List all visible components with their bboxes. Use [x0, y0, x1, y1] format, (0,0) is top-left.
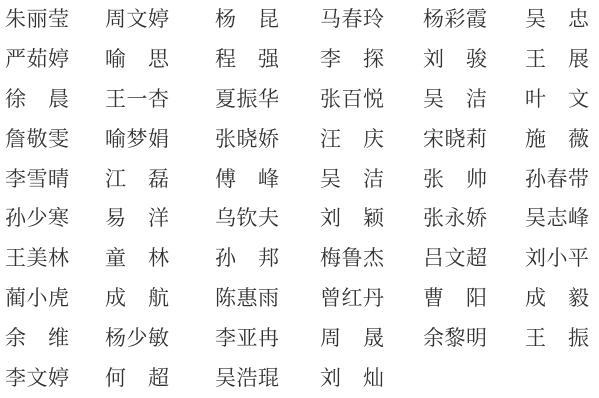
- name-cell: 王 展: [525, 49, 599, 70]
- name-cell: 余 维: [5, 328, 105, 349]
- name-cell: 朱丽莹: [5, 9, 105, 30]
- name-cell: 张晓娇: [215, 129, 320, 150]
- name-cell: 杨彩霞: [423, 9, 525, 30]
- name-cell: 蔺小虎: [5, 288, 105, 309]
- name-roster: 朱丽莹周文婷杨 昆马春玲杨彩霞吴 忠严茹婷喻 思程 强李 探刘 骏王 展徐 晨王…: [0, 0, 599, 398]
- name-cell: 成 毅: [525, 288, 599, 309]
- name-cell: 吴志峰: [525, 208, 599, 229]
- name-cell: 张 帅: [423, 169, 525, 190]
- name-cell: 王 振: [525, 328, 599, 349]
- name-cell: 李 探: [320, 49, 423, 70]
- name-cell: 何 超: [105, 368, 215, 389]
- name-cell: 易 洋: [105, 208, 215, 229]
- name-cell: 傅 峰: [215, 169, 320, 190]
- name-cell: 曾红丹: [320, 288, 423, 309]
- name-cell: 李文婷: [5, 368, 105, 389]
- name-cell: 周 晟: [320, 328, 423, 349]
- name-cell: 吴 洁: [320, 169, 423, 190]
- name-cell: 刘 灿: [320, 368, 423, 389]
- name-cell: 江 磊: [105, 169, 215, 190]
- name-cell: 吴 忠: [525, 9, 599, 30]
- name-cell: 夏振华: [215, 89, 320, 110]
- name-cell: 刘 颖: [320, 208, 423, 229]
- name-cell: 吴 洁: [423, 89, 525, 110]
- name-cell: 詹敬雯: [5, 129, 105, 150]
- name-cell: 施 薇: [525, 129, 599, 150]
- name-cell: 王一杏: [105, 89, 215, 110]
- name-cell: 吴浩琨: [215, 368, 320, 389]
- name-cell: 徐 晨: [5, 89, 105, 110]
- name-cell: 曹 阳: [423, 288, 525, 309]
- name-cell: 张百悦: [320, 89, 423, 110]
- name-cell: 喻梦娟: [105, 129, 215, 150]
- name-cell: 吕文超: [423, 248, 525, 269]
- name-cell: 刘 骏: [423, 49, 525, 70]
- name-cell: 刘小平: [525, 248, 599, 269]
- name-cell: 杨少敏: [105, 328, 215, 349]
- name-cell: 叶 文: [525, 89, 599, 110]
- name-cell: 李亚冉: [215, 328, 320, 349]
- name-cell: 马春玲: [320, 9, 423, 30]
- name-cell: 汪 庆: [320, 129, 423, 150]
- name-cell: 成 航: [105, 288, 215, 309]
- name-cell: 乌钦夫: [215, 208, 320, 229]
- name-cell: 宋晓莉: [423, 129, 525, 150]
- name-cell: 严茹婷: [5, 49, 105, 70]
- name-cell: 余黎明: [423, 328, 525, 349]
- name-cell: 杨 昆: [215, 9, 320, 30]
- name-cell: 周文婷: [105, 9, 215, 30]
- name-cell: 张永娇: [423, 208, 525, 229]
- name-cell: 程 强: [215, 49, 320, 70]
- name-cell: 李雪晴: [5, 169, 105, 190]
- name-cell: 王美林: [5, 248, 105, 269]
- name-cell: 陈惠雨: [215, 288, 320, 309]
- name-cell: 孙春带: [525, 169, 599, 190]
- name-cell: 喻 思: [105, 49, 215, 70]
- name-cell: 梅鲁杰: [320, 248, 423, 269]
- name-cell: 孙 邦: [215, 248, 320, 269]
- name-cell: 童 林: [105, 248, 215, 269]
- name-cell: 孙少寒: [5, 208, 105, 229]
